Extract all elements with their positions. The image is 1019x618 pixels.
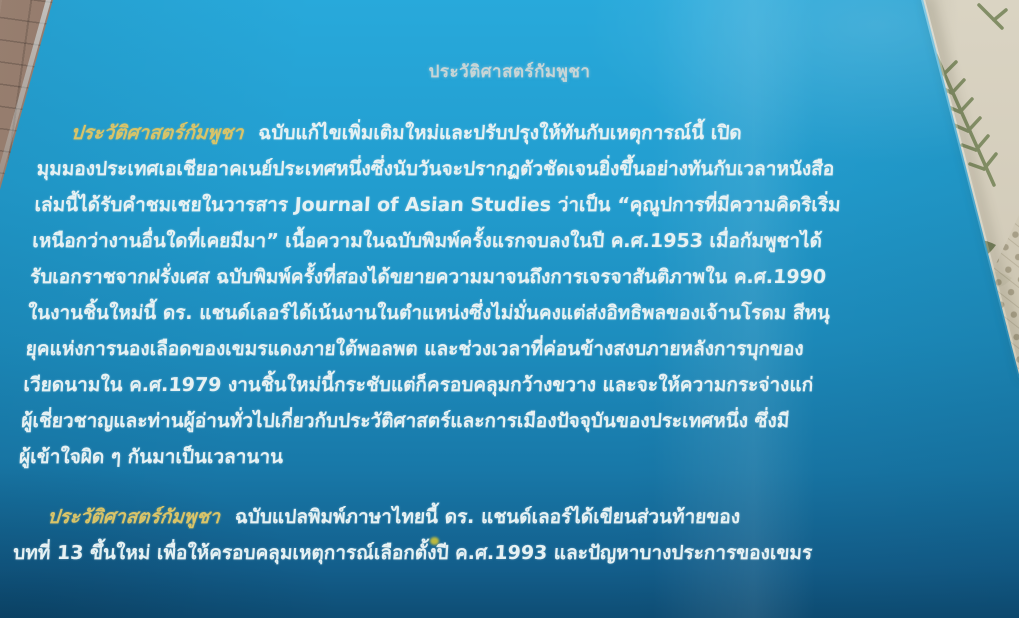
book-back-cover-photo: ประวัติศาสตร์กัมพูชา ประวัติศาสตร์กัมพูช…	[0, 0, 1019, 618]
book-title-mention: ประวัติศาสตร์กัมพูชา	[70, 122, 244, 144]
paragraph-line: ยุคแห่งการนองเลือดของเขมรแดงภายใต้พอลพต …	[25, 332, 945, 368]
paragraph-2: ประวัติศาสตร์กัมพูชาฉบับแปลพิมพ์ภาษาไทยน…	[12, 500, 934, 572]
yellow-speck	[430, 537, 439, 545]
paragraph-line: ในงานชิ้นใหม่นี้ ดร. แชนด์เลอร์ได้เน้นงา…	[27, 296, 947, 332]
paragraph-line: บทที่ 13 ขึ้นใหม่ เพื่อให้ครอบคลุมเหตุกา…	[12, 536, 932, 572]
paragraph-1: ประวัติศาสตร์กัมพูชาฉบับแก้ไขเพิ่มเติมให…	[18, 116, 958, 476]
line-text: ฉบับแปลพิมพ์ภาษาไทยนี้ ดร. แชนด์เลอร์ได้…	[234, 506, 741, 528]
line-text: ฉบับแก้ไขเพิ่มเติมใหม่และปรับปรุงให้ทันก…	[258, 122, 743, 144]
cover-title: ประวัติศาสตร์กัมพูชา	[0, 58, 1019, 85]
paragraph-line: ผู้เข้าใจผิด ๆ กันมาเป็นเวลานาน	[18, 440, 938, 476]
paragraph-line: ประวัติศาสตร์กัมพูชาฉบับแปลพิมพ์ภาษาไทยน…	[14, 500, 934, 536]
cover-blurb: ประวัติศาสตร์กัมพูชาฉบับแก้ไขเพิ่มเติมให…	[12, 116, 958, 572]
paragraph-line: เล่มนี้ได้รับคำชมเชยในวารสาร Journal of …	[33, 188, 953, 224]
book-title-mention: ประวัติศาสตร์กัมพูชา	[47, 506, 221, 528]
paragraph-line: มุมมองประเทศเอเชียอาคเนย์ประเทศหนึ่งซึ่ง…	[36, 152, 956, 188]
paragraph-line: ประวัติศาสตร์กัมพูชาฉบับแก้ไขเพิ่มเติมให…	[38, 116, 958, 152]
paragraph-line: เหนือกว่างานอื่นใดที่เคยมีมา” เนื้อความใ…	[31, 224, 951, 260]
paragraph-line: รับเอกราชจากฝรั่งเศส ฉบับพิมพ์ครั้งที่สอ…	[29, 260, 949, 296]
paragraph-line: ผู้เชี่ยวชาญและท่านผู้อ่านทั่วไปเกี่ยวกั…	[20, 404, 940, 440]
paragraph-line: เวียดนามใน ค.ศ.1979 งานชิ้นใหม่นี้กระชับ…	[22, 368, 942, 404]
